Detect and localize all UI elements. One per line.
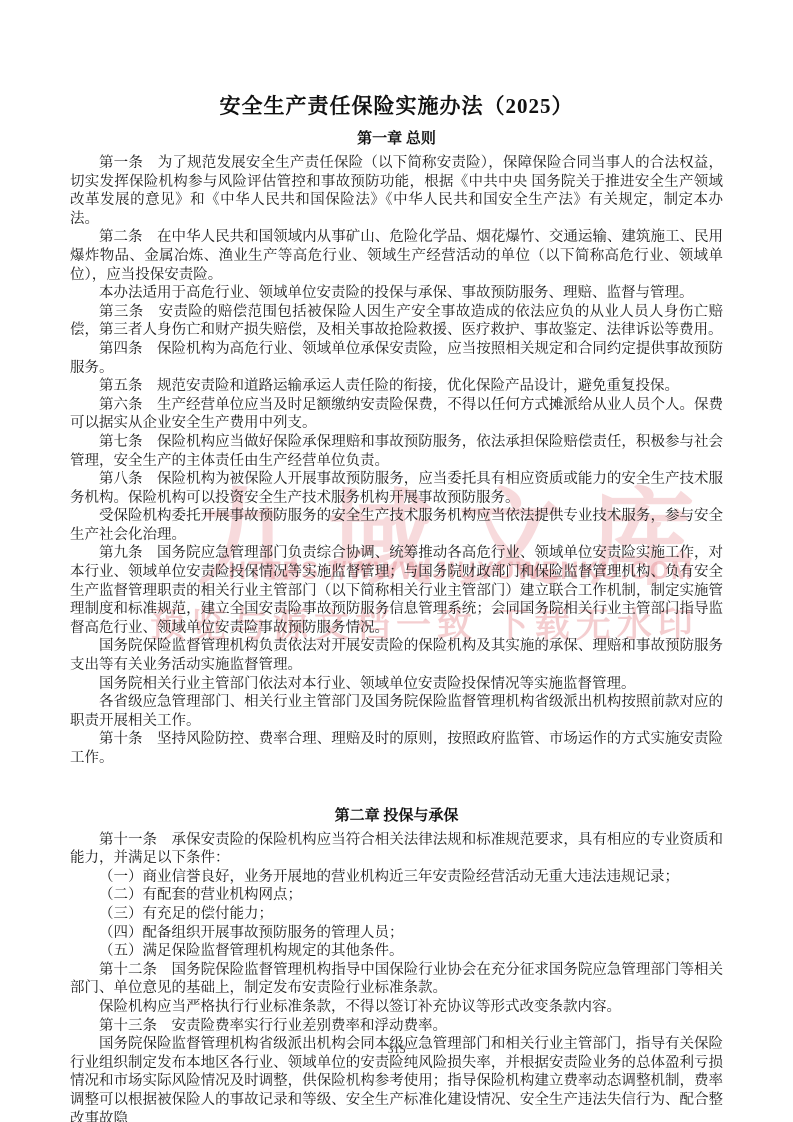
paragraph: 第五条 规范安责险和道路运输承运人责任险的衔接，优化保险产品设计，避免重复投保。: [70, 377, 723, 396]
paragraph: 第六条 生产经营单位应当及时足额缴纳安责险保费，不得以任何方式摊派给从业人员个人…: [70, 396, 723, 433]
chapter-heading: 第二章 投保与承保: [70, 804, 723, 825]
paragraph: 第九条 国务院应急管理部门负责综合协调、统筹推动各高危行业、领域单位安责险实施工…: [70, 544, 723, 637]
paragraph: 第八条 保险机构为被保险人开展事故预防服务，应当委托具有相应资质或能力的安全生产…: [70, 470, 723, 507]
paragraph: （三）有充足的偿付能力；: [70, 905, 723, 924]
document-page: 九域文库 HTTPS://WWW.JIUYUWENKU.COM 预览与源文档一致…: [0, 0, 793, 1122]
chapter-heading: 第一章 总则: [70, 127, 723, 148]
paragraph: 第十条 坚持风险防控、费率合理、理赔及时的原则，按照政府监管、市场运作的方式实施…: [70, 730, 723, 767]
paragraph: （一）商业信誉良好，业务开展地的营业机构近三年安责险经营活动无重大违法违规记录；: [70, 868, 723, 887]
paragraph: （五）满足保险监督管理机构规定的其他条件。: [70, 942, 723, 961]
paragraph: 受保险机构委托开展事故预防服务的安全生产技术服务机构应当依法提供专业技术服务，参…: [70, 507, 723, 544]
paragraph: （二）有配套的营业机构网点；: [70, 886, 723, 905]
paragraph: 第三条 安责险的赔偿范围包括被保险人因生产安全事故造成的依法应负的从业人员人身伤…: [70, 303, 723, 340]
paragraph: 各省级应急管理部门、相关行业主管部门及国务院保险监督管理机构省级派出机构按照前款…: [70, 693, 723, 730]
paragraph: 第二条 在中华人民共和国领域内从事矿山、危险化学品、烟花爆竹、交通运输、建筑施工…: [70, 228, 723, 284]
document-title: 安全生产责任保险实施办法（2025）: [70, 90, 723, 120]
paragraph: 第十三条 安责险费率实行行业差别费率和浮动费率。: [70, 1017, 723, 1036]
paragraph: 国务院保险监督管理机构负责依法对开展安责险的保险机构及其实施的承保、理赔和事故预…: [70, 637, 723, 674]
paragraph: 第十二条 国务院保险监督管理机构指导中国保险行业协会在充分征求国务院应急管理部门…: [70, 961, 723, 998]
document-content: 安全生产责任保险实施办法（2025） 第一章 总则第一条 为了规范发展安全生产责…: [70, 90, 723, 1122]
paragraph: 本办法适用于高危行业、领域单位安责险的投保与承保、事故预防服务、理赔、监督与管理…: [70, 284, 723, 303]
paragraph: 国务院相关行业主管部门依法对本行业、领域单位安责险投保情况等实施监督管理。: [70, 675, 723, 694]
paragraph: 第一条 为了规范发展安全生产责任保险（以下简称安责险），保障保险合同当事人的合法…: [70, 154, 723, 228]
paragraph: 保险机构应当严格执行行业标准条款，不得以签订补充协议等形式改变条款内容。: [70, 998, 723, 1017]
paragraph: 第四条 保险机构为高危行业、领域单位承保安责险，应当按照相关规定和合同约定提供事…: [70, 340, 723, 377]
page-number: 315: [0, 1042, 793, 1057]
paragraph: （四）配备组织开展事故预防服务的管理人员；: [70, 924, 723, 943]
document-body: 第一章 总则第一条 为了规范发展安全生产责任保险（以下简称安责险），保障保险合同…: [70, 127, 723, 1122]
paragraph: 第十一条 承保安责险的保险机构应当符合相关法律法规和标准规范要求，具有相应的专业…: [70, 831, 723, 868]
paragraph: 第七条 保险机构应当做好保险承保理赔和事故预防服务，依法承担保险赔偿责任，积极参…: [70, 433, 723, 470]
